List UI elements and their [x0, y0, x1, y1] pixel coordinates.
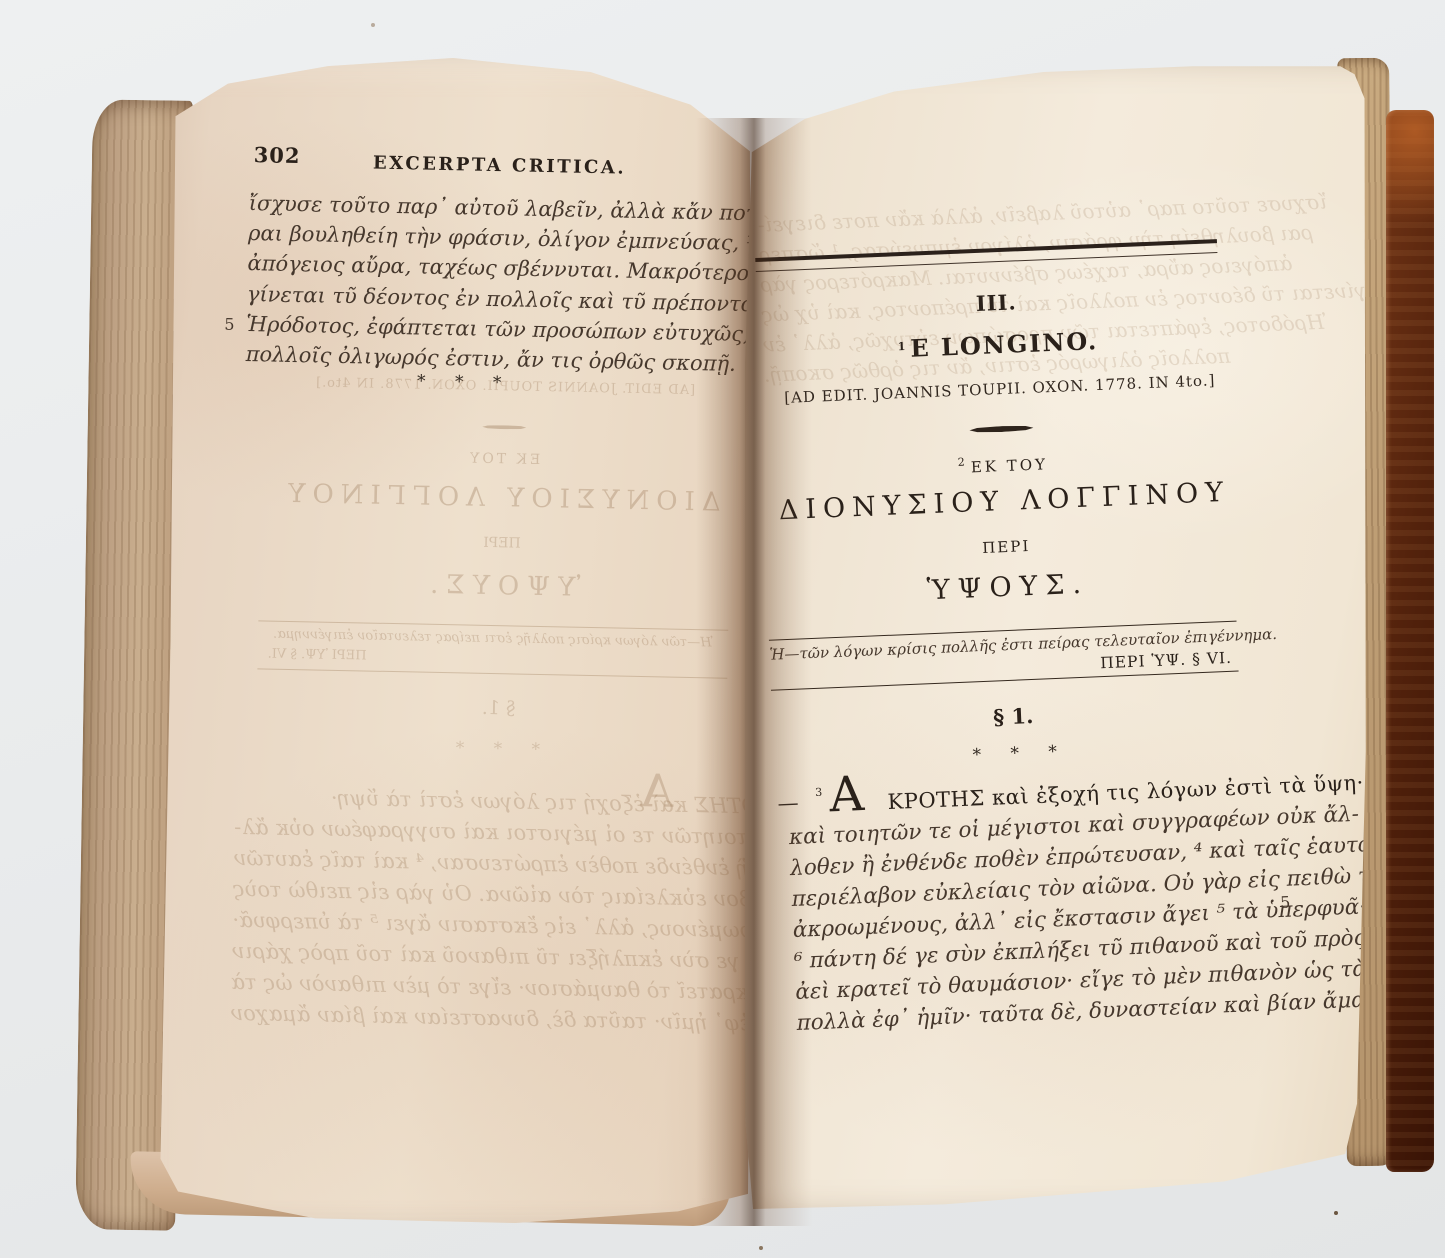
footnote-mark: 1 — [897, 340, 907, 353]
showthrough-hypsous: ὙΨΟΥΣ. — [251, 566, 752, 606]
showthrough-epigraph-source: ΠΕΡΙ ὙΨ. § VI. — [268, 647, 728, 671]
section-mark: § 1. — [778, 694, 1249, 738]
right-page-content: ἴσχυσε τοῦτο παρ᾽ αὐτοῦ λαβεῖν, ἀλλὰ κἄν… — [722, 52, 1390, 1222]
margin-line-number: 5 — [1280, 893, 1291, 912]
showthrough-peri: ΠΕΡΙ — [252, 530, 752, 556]
peri-line: ΠΕΡΙ — [771, 528, 1241, 565]
showthrough-asterism: * * * — [248, 734, 748, 764]
margin-line-number: 5 — [224, 315, 235, 334]
footnote-mark: 3 — [815, 786, 823, 799]
hypsous-title: ὙΨΟΥΣ. — [773, 562, 1244, 612]
lozenge-ornament — [969, 425, 1033, 434]
paragraph-dash: — — [777, 791, 799, 816]
footnote-mark: 2 — [957, 455, 968, 468]
drop-cap: Α — [828, 770, 865, 819]
showthrough-section-mark: § 1. — [248, 692, 748, 724]
showthrough-author-title: ΔΙΟΝΥΣΙΟΥ ΛΟΓΓΙΝΟΥ — [231, 478, 771, 519]
right-page: ἴσχυσε τοῦτο παρ᾽ αὐτοῦ λαβεῖν, ἀλλὰ κἄν… — [745, 64, 1367, 1209]
showthrough-lozenge-ornament — [482, 425, 526, 430]
dust-specks — [0, 0, 2, 2]
book-photo: 302 EXCERPTA CRITICA. ἴσχυσε τοῦτο παρ᾽ … — [0, 0, 1445, 1258]
left-page: 302 EXCERPTA CRITICA. ἴσχυσε τοῦτο παρ᾽ … — [128, 58, 753, 1223]
author-title: ΔΙΟΝΥΣΙΟΥ ΛΟΓΓΙΝΟΥ — [754, 476, 1255, 527]
leather-cover-board — [1386, 110, 1434, 1172]
left-page-content: 302 EXCERPTA CRITICA. ἴσχυσε τοῦτο παρ᾽ … — [116, 52, 764, 1229]
showthrough-ek-tou: ΕΚ ΤΟΥ — [254, 446, 754, 472]
showthrough-rule — [257, 668, 727, 678]
running-head: EXCERPTA CRITICA. — [249, 150, 749, 181]
